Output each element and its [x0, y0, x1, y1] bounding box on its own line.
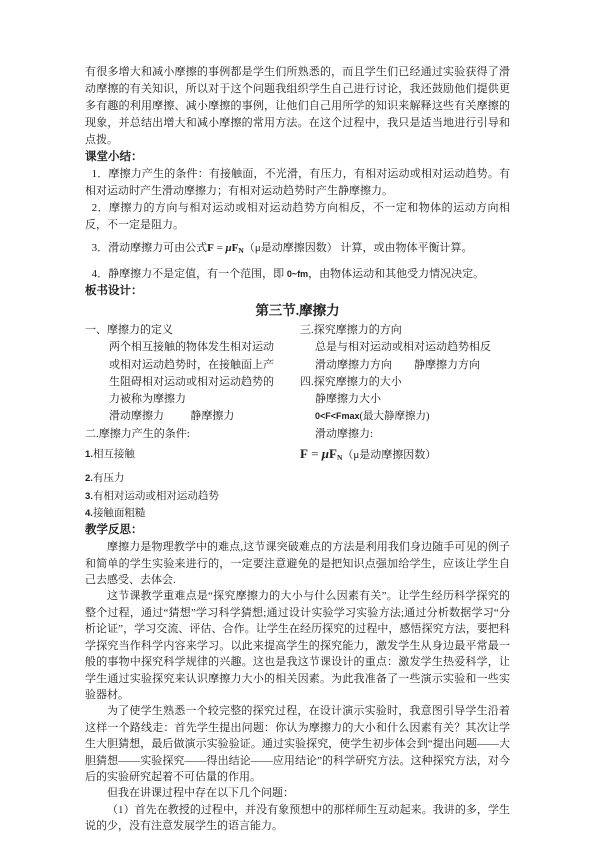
- board-left-column: 一、摩擦力的定义 两个相互接触的物体发生相对运动 或相对运动趋势时，在接触面上产…: [85, 322, 300, 522]
- summary-item-4: 4．静摩擦力不是定值，有一个范围，即 0~fm，由物体运动和其他受力情况决定。: [85, 266, 510, 283]
- board-sec2-title: 二.摩擦力产生的条件:: [85, 426, 300, 443]
- board-sec1-line: 力被称为摩擦力: [85, 391, 300, 408]
- board-sec2-item: 4.接触面粗糙: [85, 505, 300, 522]
- board-sec3-line: 滑动摩擦力方向静摩擦力方向: [300, 357, 510, 374]
- board-sec4-line: 静摩擦力大小: [300, 391, 510, 408]
- reflection-paragraph-3: 为了使学生熟悉一个较完整的探究过程，在设计演示实验时，我意图引导学生沿着这样一个…: [85, 703, 510, 785]
- summary-heading: 课堂小结：: [85, 149, 510, 166]
- board-sec1-line: 两个相互接触的物体发生相对运动: [85, 339, 300, 356]
- summary-item-3: 3．滑动摩擦力可由公式F = μFN（μ是动摩擦因数） 计算，或由物体平衡计算。: [85, 240, 510, 259]
- static-friction-max-range: 0<F<Fmax(最大静摩擦力): [300, 408, 510, 425]
- summary-item-3-text: 3．滑动摩擦力可由公式: [92, 242, 208, 254]
- document-page: 有很多增大和减小摩擦的事例都是学生们所熟悉的，而且学生们已经通过实验获得了滑动摩…: [0, 0, 595, 842]
- reflection-paragraph-1: 摩擦力是物理教学中的难点,这节课突破难点的方法是利用我们身边随手可见的例子和简单…: [85, 539, 510, 588]
- board-sec4-title: 四.探究摩擦力的大小: [300, 374, 510, 391]
- intro-paragraph: 有很多增大和减小摩擦的事例都是学生们所熟悉的，而且学生们已经通过实验获得了滑动摩…: [85, 64, 510, 149]
- board-sec2-item: 1.相互接触: [85, 446, 300, 463]
- board-sec2-item: 3.有相对运动或相对运动趋势: [85, 488, 300, 505]
- board-sec1-title: 一、摩擦力的定义: [85, 322, 300, 339]
- board-sec3-line: 总是与相对运动或相对运动趋势相反: [300, 339, 510, 356]
- reflection-heading: 教学反思：: [85, 522, 510, 539]
- summary-item-3-suffix: （μ是动摩擦因数） 计算，或由物体平衡计算。: [244, 242, 473, 254]
- static-friction-range: 0~fm: [287, 269, 308, 279]
- board-sec3-title: 三.探究摩擦力的方向: [300, 322, 510, 339]
- board-right-column: 三.探究摩擦力的方向 总是与相对运动或相对运动趋势相反 滑动摩擦力方向静摩擦力方…: [300, 322, 510, 522]
- summary-item-2: 2．摩擦力的方向与相对运动或相对运动趋势方向相反，不一定和物体的运动方向相反，不…: [85, 200, 510, 234]
- lesson-title: 第三节.摩擦力: [85, 301, 510, 320]
- reflection-paragraph-5: （1）首先在教授的过程中，并没有象预想中的那样师生互动起来。我讲的多，学生说的少…: [85, 802, 510, 835]
- reflection-paragraph-4: 但我在讲课过程中存在以下几个问题：: [85, 785, 510, 801]
- board-sec1-line: 生阻碍相对运动或相对运动趋势的: [85, 374, 300, 391]
- sliding-friction-formula: F = μFN（μ是动摩擦因数）: [300, 444, 510, 467]
- board-sec4-line: 滑动摩擦力:: [300, 426, 510, 443]
- friction-formula-inline: F = μFN: [207, 242, 244, 254]
- board-sec1-line: 滑动摩擦力静摩擦力: [85, 408, 300, 425]
- board-sec1-line: 或相对运动趋势时，在接触面上产: [85, 357, 300, 374]
- reflection-paragraph-2: 这节课教学重难点是“探究摩擦力的大小与什么因素有关”。让学生经历科学探究的整个过…: [85, 588, 510, 703]
- board-sec2-item: 2.有压力: [85, 470, 300, 487]
- board-design-heading: 板书设计：: [85, 283, 510, 300]
- summary-item-1: 1．摩擦力产生的条件：有接触面，不光滑，有压力，有相对运动或相对运动趋势。有相对…: [85, 166, 510, 200]
- board-layout: 一、摩擦力的定义 两个相互接触的物体发生相对运动 或相对运动趋势时，在接触面上产…: [85, 322, 510, 522]
